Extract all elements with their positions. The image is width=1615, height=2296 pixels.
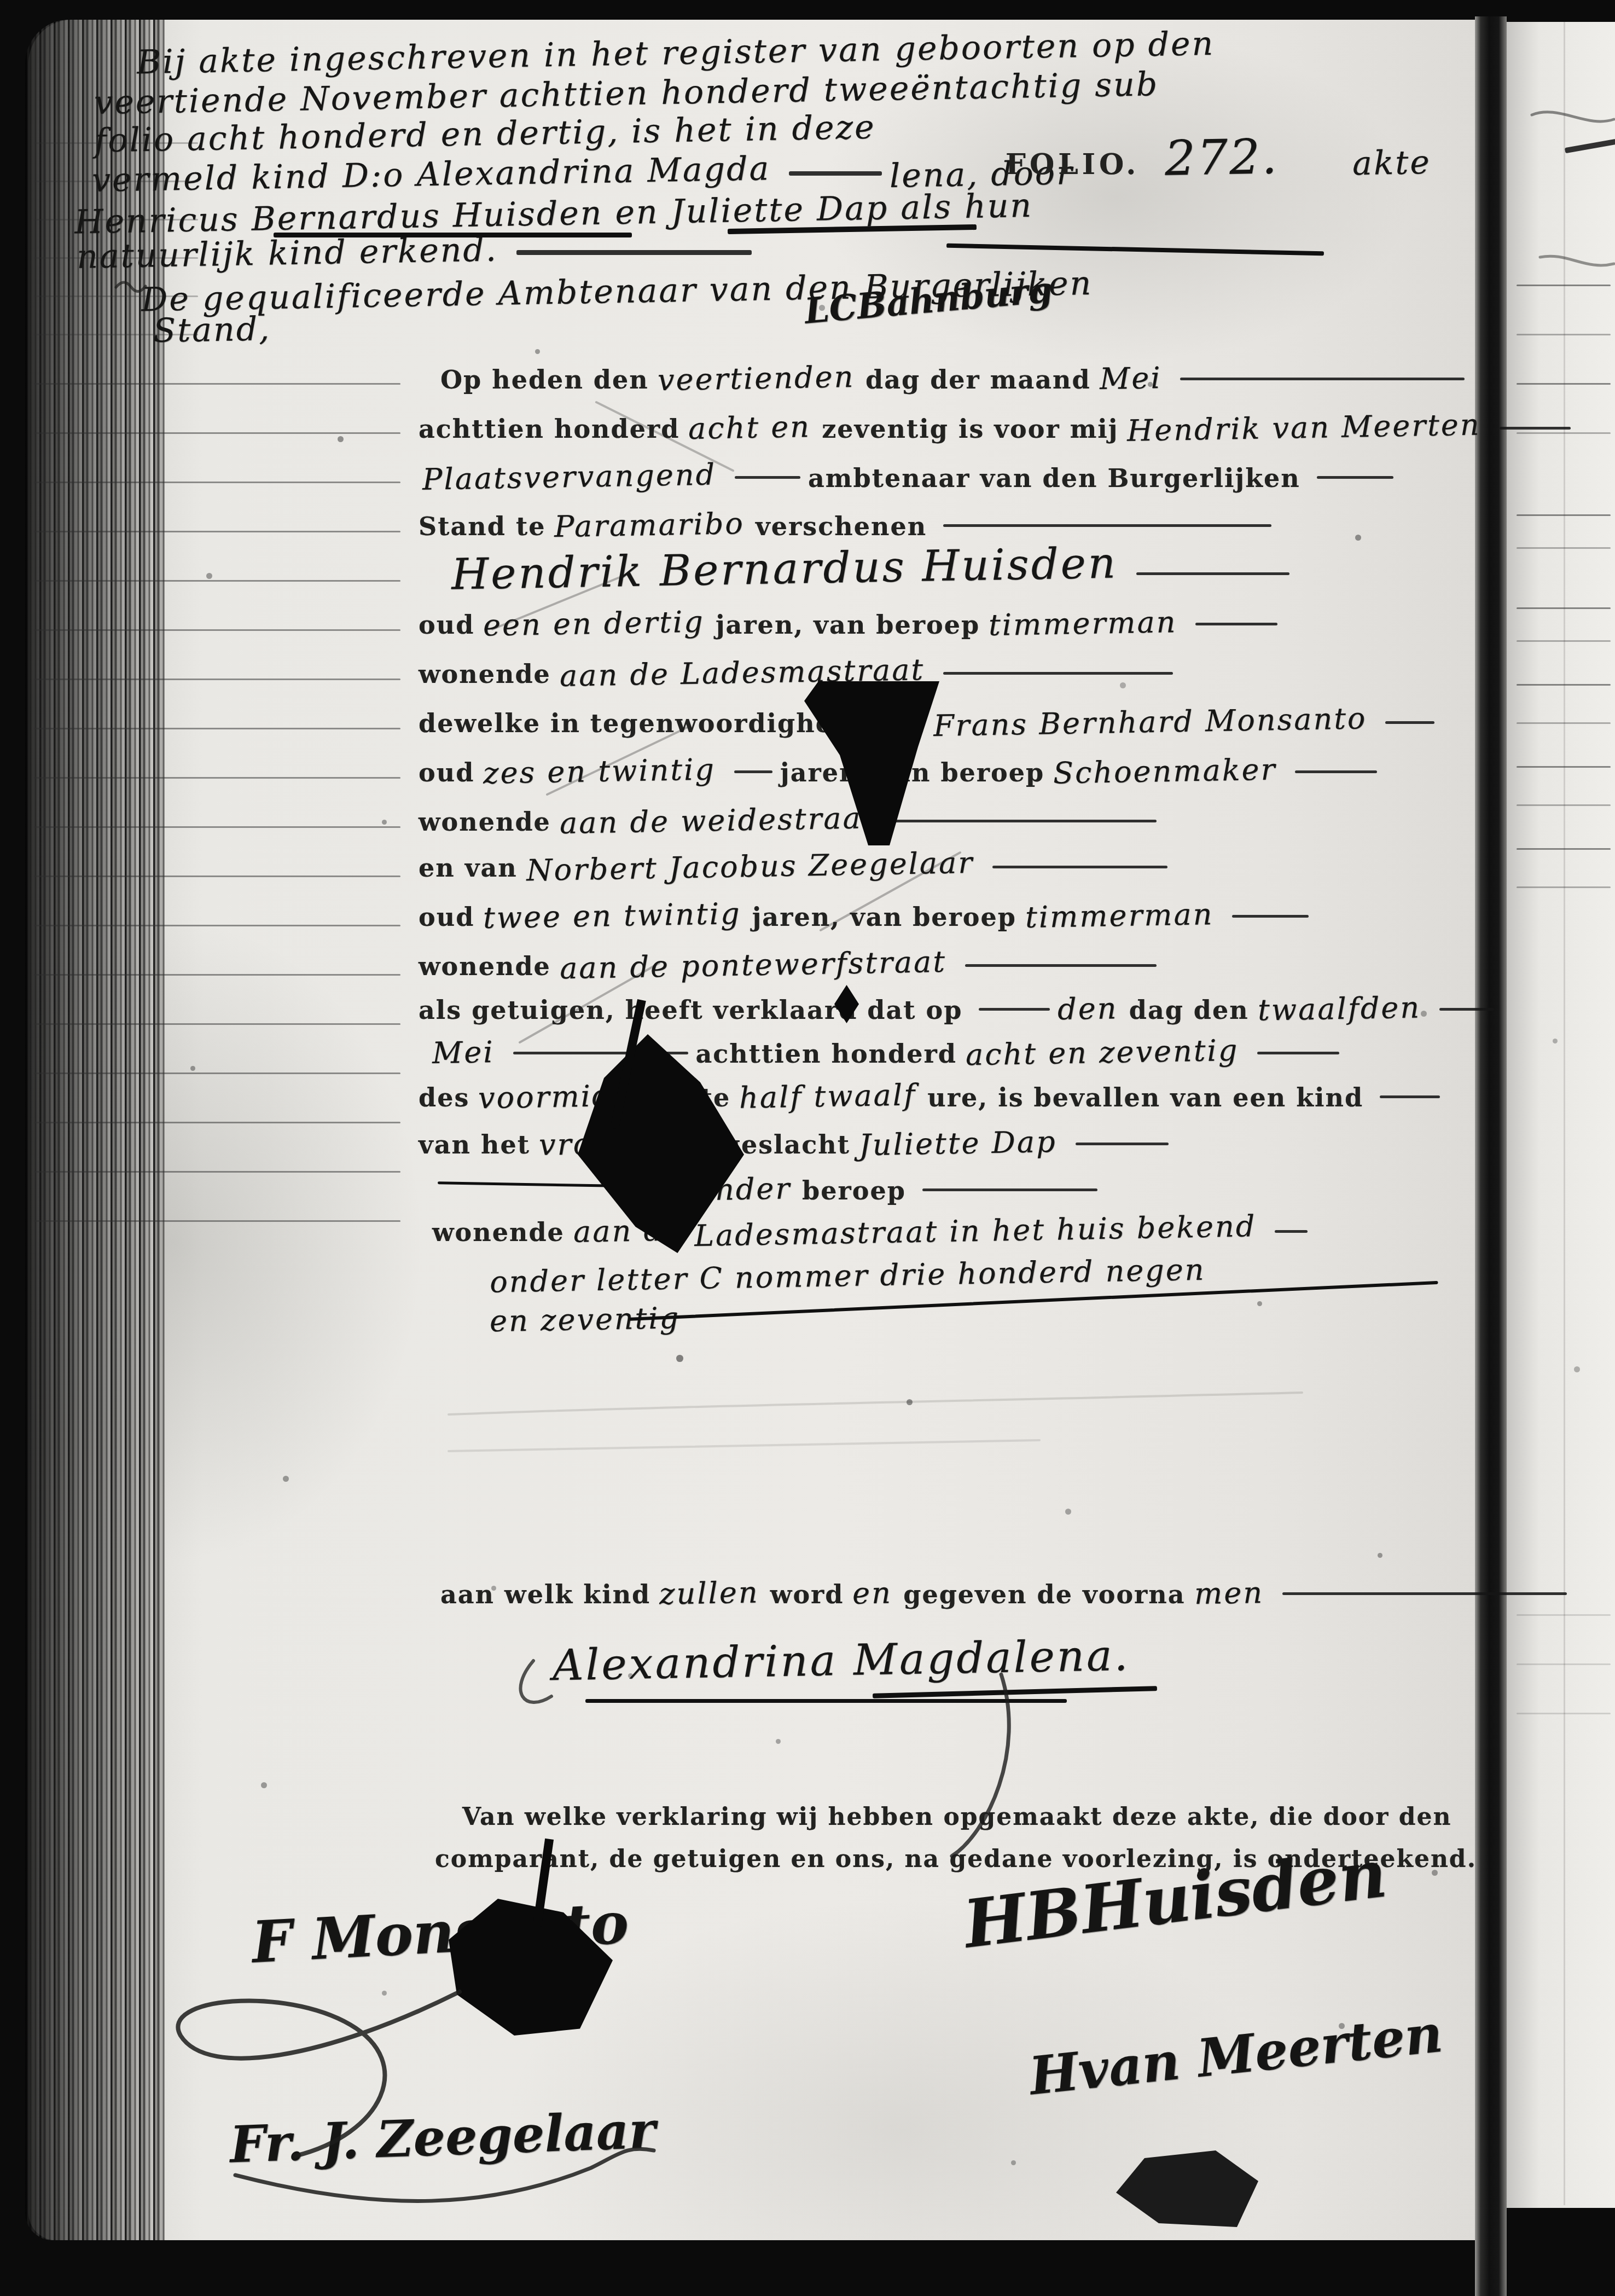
note-word-akte: akte	[1352, 143, 1431, 183]
ruled-line	[34, 925, 400, 926]
act-line-house-number-cont: en zeventig	[490, 1302, 691, 1337]
ink-dash	[789, 171, 882, 176]
printed-text: en van	[419, 853, 518, 883]
ink-stroke	[585, 1699, 1067, 1703]
handwritten-text: een en dertig	[483, 604, 705, 642]
ruled-line	[34, 826, 400, 828]
act-line-birth-day: als getuigen, heeft verklaard dat opdend…	[419, 992, 1502, 1026]
ruled-line	[1517, 640, 1611, 642]
printed-text: jaren, van beroep	[752, 902, 1016, 932]
handwritten-text: Alexandrina Magdalena.	[552, 1631, 1130, 1690]
ruled-line	[1517, 1614, 1611, 1616]
ruled-line	[34, 629, 400, 631]
handwritten-text: aan de weidestraat	[559, 801, 875, 840]
ruled-line	[34, 432, 400, 434]
ink-dash	[922, 1188, 1097, 1191]
handwritten-text: Norbert Jacobus Zeegelaar	[526, 845, 974, 888]
ink-dash	[1317, 476, 1393, 479]
page-crease	[1564, 22, 1565, 2205]
act-line-witness1-name: dewelke in tegenwoordigheid vanFrans Ber…	[419, 705, 1442, 739]
ruled-line	[34, 383, 400, 385]
ruled-line	[34, 1122, 400, 1123]
act-line-child-name: Alexandrina Magdalena.	[553, 1636, 1141, 1685]
marginal-note-line: Stand,	[153, 311, 282, 349]
printed-text: oud	[419, 610, 474, 640]
handwritten-text: zes en twintig	[483, 752, 716, 790]
ink-dash	[1232, 915, 1309, 918]
marginal-note-line: natuurlijk kind erkend.	[77, 234, 759, 272]
ruled-line	[34, 531, 400, 532]
act-line-witness2-name: en vanNorbert Jacobus Zeegelaar	[419, 849, 1175, 884]
printed-text: wonende	[419, 807, 551, 837]
printed-text: oud	[419, 902, 474, 932]
ink-dash	[1180, 378, 1465, 380]
handwritten-text: acht en	[688, 409, 811, 446]
ruled-line	[1517, 1663, 1611, 1665]
printed-text: zeventig is voor mij	[822, 414, 1118, 444]
ruled-line	[1517, 285, 1611, 286]
ruled-line	[34, 1072, 400, 1074]
handwritten-text: Ladesmastraat in het huis bekend	[694, 1209, 1256, 1253]
ink-stroke	[274, 233, 632, 237]
printed-text: Op heden den	[440, 365, 649, 395]
printed-text: gegeven de voorna	[903, 1580, 1185, 1609]
ruled-line	[1517, 1713, 1611, 1714]
ruled-line	[34, 728, 400, 729]
ink-dash	[943, 672, 1173, 675]
printed-text: ure, is bevallen van een kind	[927, 1083, 1363, 1112]
ink-dash	[1500, 427, 1571, 430]
ink-dash	[734, 770, 772, 773]
ink-dash	[735, 476, 800, 479]
ruled-line	[34, 1171, 400, 1173]
ruled-line	[1517, 383, 1611, 385]
ruled-line	[34, 974, 400, 976]
printed-text: jaren, van beroep	[716, 610, 980, 640]
act-line-witness2-addr: wonendeaan de pontewerfstraat	[419, 948, 1164, 982]
act-line-declarant-name: Hendrik Bernardus Huisden	[451, 544, 1297, 594]
printed-text: oud	[419, 758, 474, 787]
ink-dash	[1195, 623, 1277, 625]
ruled-line	[34, 1220, 400, 1222]
ink-dash	[1076, 1143, 1169, 1145]
ink-dash	[1439, 1008, 1494, 1011]
handwritten-text: half twaalf	[739, 1077, 917, 1115]
handwritten-text: Plaatsvervangend	[422, 457, 716, 496]
handwritten-text: men	[1194, 1575, 1264, 1611]
ink-dash	[965, 964, 1157, 967]
ink-dash	[1380, 1095, 1440, 1098]
handwritten-text: Mei	[1099, 361, 1162, 396]
ink-dash	[992, 866, 1167, 868]
printed-text: dag der maand	[865, 365, 1091, 395]
ink-dash	[979, 1008, 1050, 1011]
handwritten-text: Hendrik van Meerten	[1127, 407, 1481, 448]
printed-text: des	[419, 1083, 469, 1112]
ink-dash	[516, 250, 752, 255]
ink-dash	[1295, 770, 1377, 773]
handwritten-text: timmerman	[989, 605, 1177, 642]
act-line-year-registrar: achttien honderdacht enzeventig is voor …	[419, 410, 1578, 445]
printed-text: als getuigen, heeft verklaard dat op	[419, 995, 962, 1025]
ruled-line	[1517, 547, 1611, 549]
handwritten-text: Schoenmaker	[1053, 752, 1277, 790]
printed-text: ambtenaar van den Burgerlijken	[808, 463, 1300, 493]
act-line-declarant-age: oudeen en dertigjaren, van beroeptimmerm…	[419, 606, 1285, 641]
adjacent-page	[1507, 22, 1615, 2208]
printed-text: word	[770, 1580, 844, 1609]
handwritten-text: twaalfden	[1257, 990, 1421, 1027]
handwritten-text: timmerman	[1025, 897, 1213, 935]
printed-text: aan welk kind	[440, 1580, 650, 1609]
printed-text: wonende	[419, 952, 551, 981]
ink-dash	[1257, 1052, 1339, 1054]
ruled-line	[1517, 514, 1611, 516]
act-line-given-names-intro: aan welk kindzullenwordengegeven de voor…	[440, 1576, 1575, 1610]
ruled-line	[34, 777, 400, 779]
ink-dash	[1282, 1592, 1567, 1595]
printed-text: achttien honderd	[696, 1039, 957, 1069]
act-line-witness1-addr: wonendeaan de weidestraat	[419, 803, 1164, 838]
act-line-witness2-age: oudtwee en twintigjaren, van beroeptimme…	[419, 898, 1316, 933]
act-line-mother-occupation: zonderberoep	[678, 1172, 1105, 1207]
handwritten-text: onder letter C nommer drie honderd negen	[490, 1253, 1206, 1300]
handwritten-text: acht en zeventig	[965, 1033, 1239, 1072]
printed-text: van het	[419, 1130, 530, 1159]
printed-text: achttien honderd	[419, 414, 679, 444]
act-line-date: Op heden denveertiendendag der maandMei	[440, 361, 1472, 396]
act-line-place: Stand teParamariboverschenen	[419, 508, 1279, 542]
ruled-line	[34, 679, 400, 680]
ruled-line	[1517, 766, 1611, 768]
ruled-line	[34, 580, 400, 582]
act-line-child-sex-mother: van hetvrouwelijkgeslachtJuliette Dap	[419, 1126, 1176, 1161]
handwritten-text: twee en twintig	[483, 896, 741, 935]
book-gutter	[1475, 16, 1507, 2296]
marginal-note-line: veertiende November achttien honderd twe…	[94, 74, 1170, 113]
ruled-line	[1517, 607, 1611, 609]
ink-dash	[1275, 1230, 1308, 1233]
folio-stamp-label: FOLIO.	[1006, 148, 1140, 181]
act-line-mother-address: wonendeaan deLadesmastraat in het huis b…	[432, 1214, 1315, 1248]
ruled-line	[1517, 684, 1611, 686]
handwritten-text: Stand,	[153, 310, 271, 350]
ruled-line	[34, 876, 400, 877]
printed-text: wonende	[432, 1217, 565, 1247]
handwritten-text: vermeld kind D:o Alexandrina Magda	[91, 149, 770, 200]
scan-background: Bij akte ingeschreven in het register va…	[0, 0, 1615, 2296]
ruled-line	[34, 482, 400, 483]
ruled-line	[1517, 804, 1611, 806]
ink-dash	[943, 524, 1271, 527]
handwritten-text: veertienden	[657, 360, 855, 397]
handwritten-text: Juliette Dap	[859, 1124, 1058, 1162]
handwritten-text: zullen	[659, 1575, 760, 1611]
handwritten-text: Frans Bernhard Monsanto	[933, 701, 1367, 743]
handwritten-text: Hendrik Bernardus Huisden	[451, 538, 1118, 599]
folio-stamp-line: FOLIO. 272. akte	[1006, 129, 1442, 185]
ruled-line	[1517, 848, 1611, 850]
printed-text: beroep	[802, 1176, 906, 1205]
handwritten-text: Mei	[432, 1035, 495, 1070]
ink-dash	[1136, 572, 1289, 575]
ruled-line	[34, 1023, 400, 1025]
printed-text: verschenen	[756, 512, 927, 541]
handwritten-text: en	[852, 1575, 893, 1610]
act-line-house-number: onder letter C nommer drie honderd negen	[490, 1259, 1216, 1293]
act-line-declarant-addr: wonendeaan de Ladesmastraat	[419, 656, 1181, 690]
printed-text: Stand te	[419, 512, 545, 541]
act-line-birth-month-year: Meiachttien honderdacht en zeventig	[432, 1035, 1347, 1070]
ruled-line	[1517, 334, 1611, 335]
marginal-note-line: folio acht honderd en dertig, is het in …	[94, 115, 887, 153]
closing-statement-line1: Van welke verklaring wij hebben opgemaak…	[462, 1803, 1460, 1831]
ink-dash	[894, 820, 1157, 822]
printed-text: wonende	[419, 659, 551, 689]
handwritten-text: Paramaribo	[554, 506, 745, 544]
paper-specks	[0, 0, 3, 3]
printed-text: dag den	[1129, 995, 1249, 1025]
printed-text: Van welke verklaring wij hebben opgemaak…	[462, 1803, 1451, 1831]
act-line-birth-time: desvoormiddagstehalf twaalfure, is beval…	[419, 1079, 1448, 1114]
folio-number: 272.	[1164, 128, 1279, 187]
handwritten-text: den	[1058, 991, 1118, 1027]
book-page-edges	[25, 20, 165, 2240]
ruled-line	[1517, 886, 1611, 888]
ink-dash	[1385, 721, 1434, 724]
ruled-line	[1517, 722, 1611, 724]
handwritten-text: aan de pontewerfstraat	[559, 944, 946, 985]
act-line-registrar-title: Plaatsvervangendambtenaar van den Burger…	[422, 460, 1401, 494]
